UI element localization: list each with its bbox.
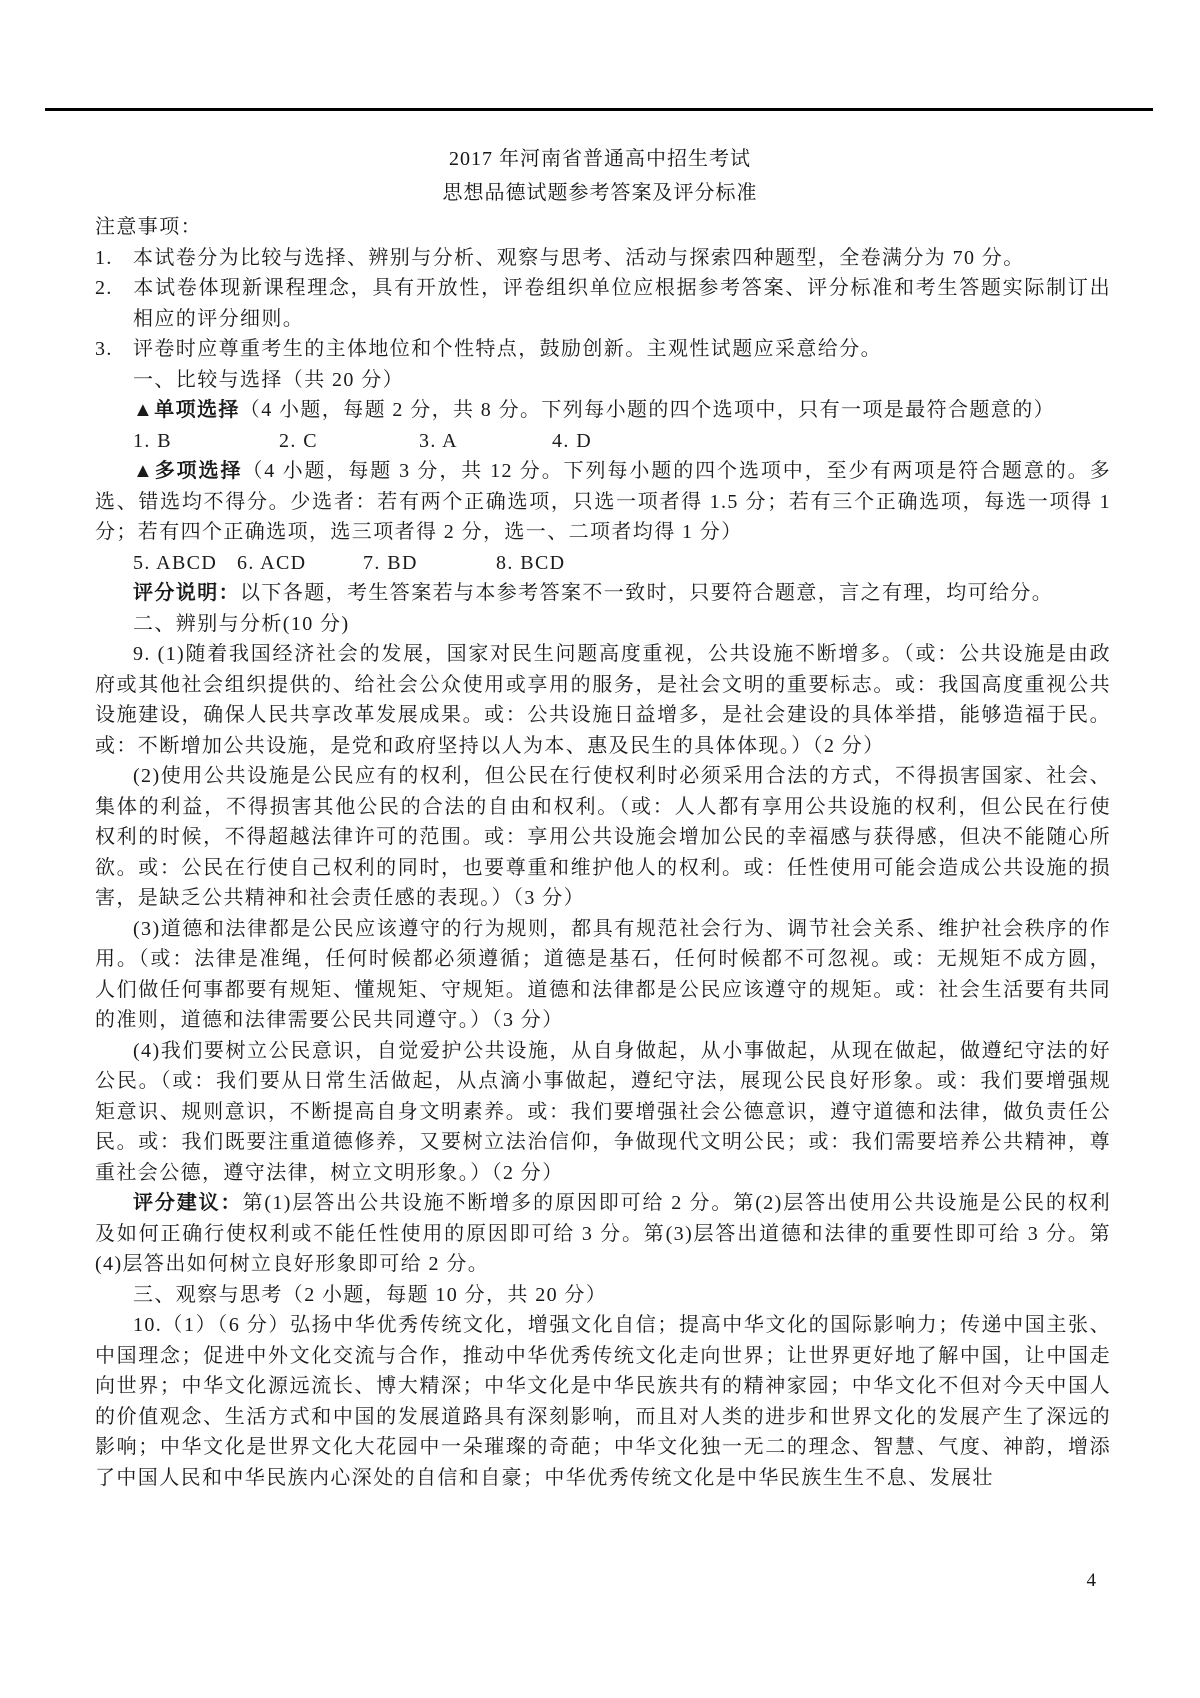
note-item-1: 1.本试卷分为比较与选择、辨别与分析、观察与思考、活动与探索四种题型，全卷满分为… [95, 243, 1111, 274]
section-heading-observe-think: 三、观察与思考（2 小题，每题 10 分，共 20 分） [95, 1280, 1111, 1311]
section-heading-discriminate-analyze: 二、辨别与分析(10 分) [95, 609, 1111, 640]
answer-q7: 7. BD [363, 548, 496, 579]
answer-q2: 2. C [279, 426, 419, 457]
answer-q5: 5. ABCD [133, 548, 237, 579]
header-divider-rule [45, 108, 1153, 111]
exam-subtitle: 思想品德试题参考答案及评分标准 [0, 176, 1200, 210]
multi-answers-row: 5. ABCD 6. ACD 7. BD 8. BCD [95, 548, 1111, 579]
note-item-2-marker: 2. [95, 273, 133, 304]
scoring-advice-text: 第(1)层答出公共设施不断增多的原因即可给 2 分。第(2)层答出使用公共设施是… [95, 1192, 1111, 1275]
scoring-advice-lead: 评分建议： [133, 1192, 242, 1214]
note-item-3-text: 评卷时应尊重考生的主体地位和个性特点，鼓励创新。主观性试题应采意给分。 [133, 338, 882, 360]
scoring-note-text: 以下各题，考生答案若与本参考答案不一致时，只要符合题意，言之有理，均可给分。 [240, 582, 1053, 604]
scoring-note: 评分说明：以下各题，考生答案若与本参考答案不一致时，只要符合题意，言之有理，均可… [95, 578, 1111, 609]
note-item-1-text: 本试卷分为比较与选择、辨别与分析、观察与思考、活动与探索四种题型，全卷满分为 7… [133, 247, 1025, 269]
single-choice-desc: （4 小题，每题 2 分，共 8 分。下列每小题的四个选项中，只有一项是最符合题… [240, 399, 1055, 421]
q10-answer-part1: 10.（1）（6 分）弘扬中华优秀传统文化，增强文化自信；提高中华文化的国际影响… [95, 1310, 1111, 1493]
q9-answer-part3: (3)道德和法律都是公民应该遵守的行为规则，都具有规范社会行为、调节社会关系、维… [95, 914, 1111, 1036]
answer-q4: 4. D [552, 426, 592, 457]
section-heading-compare-select: 一、比较与选择（共 20 分） [95, 365, 1111, 396]
note-item-3: 3.评卷时应尊重考生的主体地位和个性特点，鼓励创新。主观性试题应采意给分。 [95, 334, 1111, 365]
single-choice-header: ▲单项选择（4 小题，每题 2 分，共 8 分。下列每小题的四个选项中，只有一项… [95, 395, 1111, 426]
multi-choice-desc: （4 小题，每题 3 分，共 12 分。下列每小题的四个选项中，至少有两项是符合… [95, 460, 1111, 543]
answer-q1: 1. B [133, 426, 279, 457]
note-item-3-marker: 3. [95, 334, 133, 365]
document-body: 注意事项： 1.本试卷分为比较与选择、辨别与分析、观察与思考、活动与探索四种题型… [95, 212, 1111, 1493]
exam-title: 2017 年河南省普通高中招生考试 [0, 142, 1200, 176]
multi-choice-header: ▲多项选择（4 小题，每题 3 分，共 12 分。下列每小题的四个选项中，至少有… [95, 456, 1111, 548]
scoring-note-lead: 评分说明： [133, 582, 240, 604]
multi-choice-lead: ▲多项选择 [133, 460, 242, 482]
scoring-advice: 评分建议：第(1)层答出公共设施不断增多的原因即可给 2 分。第(2)层答出使用… [95, 1188, 1111, 1280]
single-answers-row: 1. B 2. C 3. A 4. D [95, 426, 1111, 457]
answer-q6: 6. ACD [237, 548, 363, 579]
q9-answer-part1: 9. (1)随着我国经济社会的发展，国家对民生问题高度重视，公共设施不断增多。（… [95, 639, 1111, 761]
document-page: 2017 年河南省普通高中招生考试 思想品德试题参考答案及评分标准 注意事项： … [0, 0, 1200, 1698]
note-item-2-text: 本试卷体现新课程理念，具有开放性，评卷组织单位应根据参考答案、评分标准和考生答题… [133, 277, 1111, 330]
answer-q3: 3. A [419, 426, 552, 457]
title-block: 2017 年河南省普通高中招生考试 思想品德试题参考答案及评分标准 [0, 142, 1200, 210]
note-item-2: 2.本试卷体现新课程理念，具有开放性，评卷组织单位应根据参考答案、评分标准和考生… [95, 273, 1111, 334]
notes-heading: 注意事项： [95, 212, 1111, 243]
single-choice-lead: ▲单项选择 [133, 399, 240, 421]
page-number: 4 [1087, 1570, 1097, 1592]
note-item-1-marker: 1. [95, 243, 133, 274]
q9-answer-part2: (2)使用公共设施是公民应有的权利，但公民在行使权利时必须采用合法的方式，不得损… [95, 761, 1111, 914]
q9-answer-part4: (4)我们要树立公民意识，自觉爱护公共设施，从自身做起，从小事做起，从现在做起，… [95, 1036, 1111, 1189]
answer-q8: 8. BCD [496, 548, 566, 579]
